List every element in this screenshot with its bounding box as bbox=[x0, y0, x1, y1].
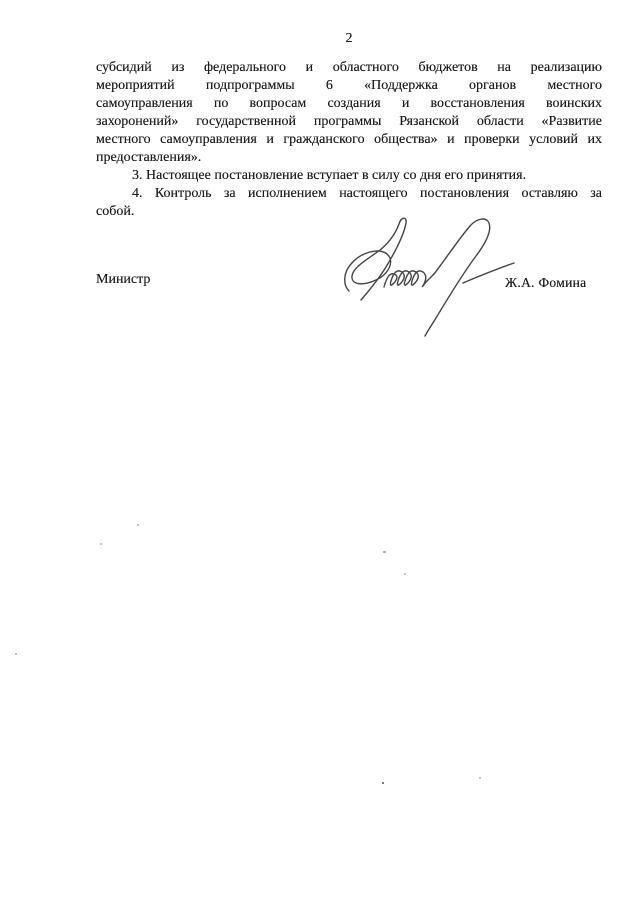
scan-speck bbox=[137, 524, 139, 526]
scan-speck bbox=[100, 543, 102, 545]
body-text: субсидий из федерального и областного бю… bbox=[96, 59, 602, 221]
body-line: местного самоуправления и гражданского о… bbox=[96, 131, 602, 149]
body-line: мероприятий подпрограммы 6 «Поддержка ор… bbox=[96, 77, 602, 95]
body-line: самоуправления по вопросам создания и во… bbox=[96, 95, 602, 113]
body-line: 3. Настоящее постановление вступает в си… bbox=[96, 167, 602, 185]
scan-speck bbox=[479, 777, 481, 779]
page-number: 2 bbox=[96, 30, 602, 48]
body-line: собой. bbox=[96, 203, 602, 221]
signoff-role: Министр bbox=[96, 271, 150, 289]
signoff-name: Ж.А. Фомина bbox=[505, 274, 586, 292]
scan-speck bbox=[382, 782, 384, 784]
document-page: 2 субсидий из федерального и областного … bbox=[0, 0, 640, 905]
handwritten-signature-icon bbox=[330, 210, 525, 360]
scan-speck bbox=[15, 653, 17, 655]
scan-speck bbox=[404, 573, 406, 575]
body-line: 4. Контроль за исполнением настоящего по… bbox=[96, 185, 602, 203]
body-line: предоставления». bbox=[96, 149, 602, 167]
scan-speck bbox=[383, 551, 386, 553]
body-line: захоронений» государственной программы Р… bbox=[96, 113, 602, 131]
body-line: субсидий из федерального и областного бю… bbox=[96, 59, 602, 77]
